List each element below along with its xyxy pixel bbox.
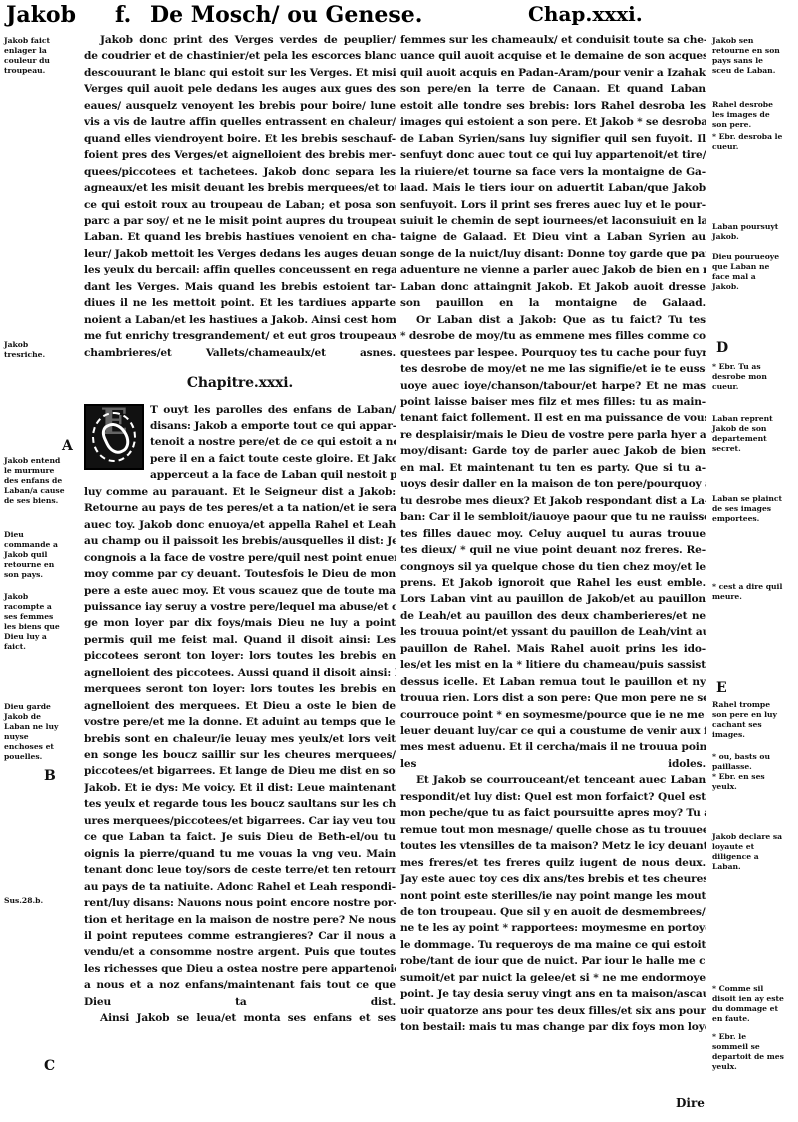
paragraph-line: quil auoit acquis en Padan-Aram/pour ven… <box>400 65 706 81</box>
paragraph-line: uance quil auoit acquise et le demaine d… <box>400 48 706 64</box>
paragraph: Et Jakob se courrouceant/et tenceant aue… <box>400 772 706 1035</box>
paragraph-line: mon peche/que tu as faict poursuitte apr… <box>400 805 706 821</box>
margin-note: Laban reprent Jakob de son departement s… <box>712 414 784 454</box>
paragraph-line: moy comme par cy deuant. Toutesfois le D… <box>84 566 396 582</box>
chapter-title: Chapitre.xxxi. <box>84 375 396 391</box>
paragraph-line: au champ ou il paissoit les brebis/ausqu… <box>84 533 396 549</box>
paragraph-line: merquees seront ton loyer: lors toutes l… <box>84 681 396 697</box>
paragraph-line: femmes sur les chameaulx/ et conduisit t… <box>400 32 706 48</box>
margin-note: Jakob entend le murmure des enfans de La… <box>4 456 66 506</box>
paragraph-line: estoit alle tondre ses brebis: lors Rahe… <box>400 98 706 114</box>
margin-note: Jakob racompte a ses femmes les biens qu… <box>4 592 66 652</box>
paragraph-line: trouua rien. Lors dist a son pere: Que m… <box>400 690 706 706</box>
paragraph-line: senfuyoit. Lors il print ses freres auec… <box>400 197 706 213</box>
margin-note: * Comme sil disoit ien ay este du dommag… <box>712 984 784 1024</box>
paragraph-line: Jakob. Et ie dys: Me voicy. Et il dist: … <box>84 780 396 796</box>
margin-note: Jakob sen retourne en son pays sans le s… <box>712 36 784 76</box>
paragraph-line: auec toy. Jakob donc enuoya/et appella R… <box>84 517 396 533</box>
paragraph-line: pauillon de Rahel. Mais Rahel auoit prin… <box>400 641 706 657</box>
paragraph-line: tenoit a nostre pere/et de ce qui estoit… <box>150 434 396 450</box>
paragraph-line: foient pres des Verges/et aignelloient d… <box>84 147 396 163</box>
paragraph-line: re desplaisir/mais le Dieu de vostre per… <box>400 427 706 443</box>
margin-note: Jakob faict enlager la couleur du troupe… <box>4 36 66 76</box>
margin-note: Laban poursuyt Jakob. <box>712 222 784 242</box>
paragraph-line: me fut enrichy tresgrandement/ et eut gr… <box>84 328 396 344</box>
paragraph-line: les idoles. <box>400 756 706 772</box>
paragraph-line: Jakob donc print des Verges verdes de pe… <box>84 32 396 48</box>
paragraph-line: Verges quil auoit pele dedans les auges … <box>84 81 396 97</box>
paragraph: femmes sur les chameaulx/ et conduisit t… <box>400 32 706 312</box>
paragraph-line: Laban. Et quand les brebis hastiues veno… <box>84 229 396 245</box>
paragraph-line: apperceut a la face de Laban quil nestoi… <box>150 467 396 483</box>
paragraph-line: ton bestail: mais tu mas change par dix … <box>400 1019 706 1035</box>
paragraph-line: pere il en a faict toute ceste gloire. E… <box>150 451 396 467</box>
paragraph-line: ce qui estoit roux au troupeau de Laban;… <box>84 197 396 213</box>
paragraph: Jakob donc print des Verges verdes de pe… <box>84 32 396 361</box>
running-head-chapter: Chap.xxxi. <box>528 2 643 26</box>
margin-note: Dieu pourueoye que Laban ne face mal a J… <box>712 252 784 292</box>
paragraph-line: ge mon loyer par dix foys/mais Dieu ne l… <box>84 615 396 631</box>
paragraph-line: tu desrobe mes dieux? Et Jakob respondan… <box>400 493 706 509</box>
paragraph-line: leuer deuant luy/car ce qui a coustume d… <box>400 723 706 739</box>
paragraph-line: de Leah/et au pauillon des deux chamberi… <box>400 608 706 624</box>
margin-note: Jakob declare sa loyaute et diligence a … <box>712 832 784 872</box>
paragraph-line: mes freres/et tes freres quilz iugent de… <box>400 855 706 871</box>
paragraph-line: tes dieux/ * quil ne viue point deuant n… <box>400 542 706 558</box>
paragraph-line: vis a vis de lautre affin quelles entras… <box>84 114 396 130</box>
paragraph-line: Dieu ta dist. <box>84 994 396 1010</box>
paragraph-line: agnelloient des piccotees. Aussi quand i… <box>84 665 396 681</box>
paragraph-line: permis quil me feist mal. Quand il disoi… <box>84 632 396 648</box>
left-text-column: Jakob donc print des Verges verdes de pe… <box>84 32 396 1027</box>
paragraph-line: T ouyt les parolles des enfans de Laban/ <box>150 402 396 418</box>
book-page: Jakob f. De Mosch/ ou Genese. Chap.xxxi.… <box>0 0 798 1122</box>
paragraph-line: ce que Laban ta faict. Je suis Dieu de B… <box>84 829 396 845</box>
paragraph-line: uoir quatorze ans pour tes deux filles/e… <box>400 1003 706 1019</box>
paragraph: Or Laban dist a Jakob: Que as tu faict? … <box>400 312 706 773</box>
section-letter-marker: B <box>44 768 106 784</box>
paragraph-line: congnois a la face de vostre pere/quil n… <box>84 550 396 566</box>
paragraph-line: senfuyt donc auec tout ce qui luy appart… <box>400 147 706 163</box>
paragraph-line: prens. Et Jakob ignoroit que Rahel les e… <box>400 575 706 591</box>
paragraph-line: Laban donc attaingnit Jakob. Et Jakob au… <box>400 279 706 295</box>
paragraph-line: en songe les boucz saillir sur les cheur… <box>84 747 396 763</box>
paragraph-line: agnelloient des merquees. Et Dieu a oste… <box>84 698 396 714</box>
paragraph-line: pere a este auec moy. Et vous scauez que… <box>84 583 396 599</box>
paragraph-line: quand elles viendroyent boire. Et les br… <box>84 131 396 147</box>
paragraph-line: en mal. Et maintenant tu ten es party. Q… <box>400 460 706 476</box>
paragraph-line: moy/disant: Garde toy de parler auec Jak… <box>400 443 706 459</box>
section-letter-marker: C <box>44 1058 106 1074</box>
paragraph-line: les yeulx du bercail: affin quelles conc… <box>84 262 396 278</box>
paragraph-line: tenant faict follement. Il est en ma pui… <box>400 410 706 426</box>
paragraph-line: point. Je tay desia seruy vingt ans en t… <box>400 986 706 1002</box>
paragraph-line: il point reputees comme estrangieres? Ca… <box>84 928 396 944</box>
paragraph-line: tes yeulx et regarde tous les boucz saul… <box>84 796 396 812</box>
paragraph-line: tes desrobe de moy/et ne me las signifie… <box>400 361 706 377</box>
section-letter-marker: E <box>716 680 788 696</box>
paragraph-line: mes mest aduenu. Et il cercha/mais il ne… <box>400 739 706 755</box>
paragraph-line: disans: Jakob a emporte tout ce qui appa… <box>150 418 396 434</box>
paragraph-line: Lors Laban vint au pauillon de Jakob/et … <box>400 591 706 607</box>
margin-note: * cest a dire quil meure. <box>712 582 784 602</box>
paragraph-line: Or Laban dist a Jakob: Que as tu faict? … <box>400 312 706 328</box>
paragraph-line: nont point este sterilles/ie nay point m… <box>400 888 706 904</box>
paragraph-line: au pays de ta natiuite. Adonc Rahel et L… <box>84 879 396 895</box>
margin-note: Rahel desrobe les images de son pere. <box>712 100 784 130</box>
paragraph-line: point laisse baiser mes filz et mes fill… <box>400 394 706 410</box>
margin-note: Laban se plainct de ses images emportees… <box>712 494 784 524</box>
paragraph-line: parc a par soy/ et ne le misit point aup… <box>84 213 396 229</box>
paragraph-line: tion et heritage en la maison de nostre … <box>84 912 396 928</box>
paragraph-line: oignis la pierre/quand tu me vouas la vn… <box>84 846 396 862</box>
paragraph-line: diues il ne les mettoit point. Et les ta… <box>84 295 396 311</box>
decorated-initial-icon: E <box>84 404 144 470</box>
paragraph-line: uoye auec ioye/chanson/tabour/et harpe? … <box>400 378 706 394</box>
paragraph-line: Et Jakob se courrouceant/et tenceant aue… <box>400 772 706 788</box>
paragraph-line: laad. Mais le tiers iour on aduertit Lab… <box>400 180 706 196</box>
paragraph-line: agneaux/et les misit deuant les brebis m… <box>84 180 396 196</box>
paragraph-line: * desrobe de moy/tu as emmene mes filles… <box>400 328 706 344</box>
paragraph-line: puissance iay seruy a vostre pere/lequel… <box>84 599 396 615</box>
paragraph-line: tes filles dauec moy. Celuy auquel tu au… <box>400 526 706 542</box>
paragraph-line: ne te les ay point * rapportees: moymesm… <box>400 920 706 936</box>
paragraph-line: de ton troupeau. Que sil y en auoit de d… <box>400 904 706 920</box>
margin-note: * ou, basts ou paillasse. <box>712 752 784 772</box>
paragraph-line: ures merquees/piccotees/et bigarrees. Ca… <box>84 813 396 829</box>
paragraph-line: ban: Car il le sembloit/iauoye paour que… <box>400 509 706 525</box>
margin-note: * Ebr. desroba le cueur. <box>712 132 784 152</box>
section-letter-marker: D <box>716 340 788 356</box>
running-head-book-title: De Mosch/ ou Genese. <box>150 2 422 28</box>
margin-note: * Ebr. Tu as desrobe mon cueur. <box>712 362 784 392</box>
paragraph-line: les richesses que Dieu a ostea nostre pe… <box>84 961 396 977</box>
paragraph-line: remue tout mon mesnage/ quelle chose as … <box>400 822 706 838</box>
margin-note: Dieu commande a Jakob quil retourne en s… <box>4 530 66 580</box>
paragraph-line: piccotees seront ton loyer: lors toutes … <box>84 648 396 664</box>
paragraph-line: congnoys sil ya quelque chose du tien ch… <box>400 559 706 575</box>
paragraph-line: son pauillon en la montaigne de Galaad. <box>400 295 706 311</box>
paragraph-line: questees par lespee. Pourquoy tes tu cac… <box>400 345 706 361</box>
margin-note: Jakob tresriche. <box>4 340 66 360</box>
paragraph-line: dant les Verges. Mais quand les brebis e… <box>84 279 396 295</box>
paragraph-line: suiuit le chemin de sept iournees/et lac… <box>400 213 706 229</box>
paragraph-line: leur/ Jakob mettoit les Verges dedans le… <box>84 246 396 262</box>
paragraph-line: piccotees/et bigarrees. Et lange de Dieu… <box>84 763 396 779</box>
paragraph-line: vendu/et a consomme nostre argent. Puis … <box>84 944 396 960</box>
paragraph-line: le dommage. Tu requeroys de ma maine ce … <box>400 937 706 953</box>
paragraph-line: taigne de Galaad. Et Dieu vint a Laban S… <box>400 229 706 245</box>
paragraph-line: Ainsi Jakob se leua/et monta ses enfans … <box>84 1010 396 1026</box>
paragraph-line: dessus icelle. Et Laban remua tout le pa… <box>400 674 706 690</box>
paragraph-line: de coudrier et de chastinier/et pela les… <box>84 48 396 64</box>
paragraph-line: brebis sont en chaleur/ie leuay mes yeul… <box>84 731 396 747</box>
margin-note: * Ebr. en ses yeulx. <box>712 772 784 792</box>
paragraph-line: luy comme au parauant. Et le Seigneur di… <box>84 484 396 500</box>
paragraph-line: aduenture ne vienne a parler auec Jakob … <box>400 262 706 278</box>
paragraph-line: la riuiere/et tourne sa face vers la mon… <box>400 164 706 180</box>
paragraph-line: vostre pere/et me la donne. Et aduint au… <box>84 714 396 730</box>
section-letter-marker: A <box>62 438 124 454</box>
margin-note: Sus.28.b. <box>4 896 66 906</box>
paragraph-line: courrouce point * en soymesme/pource que… <box>400 707 706 723</box>
paragraph-line: les/et les mist en la * litiere du chame… <box>400 657 706 673</box>
paragraph-line: chambrieres/et Vallets/chameaulx/et asne… <box>84 345 396 361</box>
paragraph-line: songe de la nuict/luy disant: Donne toy … <box>400 246 706 262</box>
paragraph-line: respondit/et luy dist: Quel est mon forf… <box>400 789 706 805</box>
paragraph-line: sumoit/et par nuict la gelee/et si * ne … <box>400 970 706 986</box>
margin-note: Dieu garde Jakob de Laban ne luy nuyse e… <box>4 702 66 762</box>
paragraph-line: quees/piccotees et tachetees. Jakob donc… <box>84 164 396 180</box>
paragraph-line: robe/tant de iour que de nuict. Par iour… <box>400 953 706 969</box>
right-text-column: femmes sur les chameaulx/ et conduisit t… <box>400 32 706 1036</box>
margin-note: Rahel trompe son pere en luy cachant ses… <box>712 700 784 740</box>
folio-mark: f. <box>115 2 131 28</box>
paragraph-line: Jay este auec toy ces dix ans/tes brebis… <box>400 871 706 887</box>
paragraph-line: Retourne au pays de tes peres/et a ta na… <box>84 500 396 516</box>
paragraph-line: son pere/en la terre de Canaan. Et quand… <box>400 81 706 97</box>
running-head-name: Jakob <box>6 2 76 28</box>
paragraph-line: eaues/ ausquelz venoyent les brebis pour… <box>84 98 396 114</box>
paragraph-line: descouurant le blanc qui estoit sur les … <box>84 65 396 81</box>
paragraph-line: toutes les vtensilles de ta maison? Metz… <box>400 838 706 854</box>
paragraph-line: les trouua point/et yssant du pauillon d… <box>400 624 706 640</box>
paragraph-line: rent/luy disans: Nauons nous point encor… <box>84 895 396 911</box>
paragraph-line: de Laban Syrien/sans luy signifier quil … <box>400 131 706 147</box>
paragraph-line: uoys desir daller en la maison de ton pe… <box>400 476 706 492</box>
paragraph-line: a nous et a noz enfans/maintenant fais t… <box>84 977 396 993</box>
paragraph-line: images qui estoient a son pere. Et Jakob… <box>400 114 706 130</box>
paragraph: E T ouyt les parolles des enfans de Laba… <box>84 402 396 1011</box>
catchword: Dire <box>676 1096 705 1110</box>
margin-note: * Ebr. le sommeil se departoit de mes ye… <box>712 1032 784 1072</box>
paragraph-line: tenant donc leue toy/sors de ceste terre… <box>84 862 396 878</box>
paragraph-line: noient a Laban/et les hastiues a Jakob. … <box>84 312 396 328</box>
